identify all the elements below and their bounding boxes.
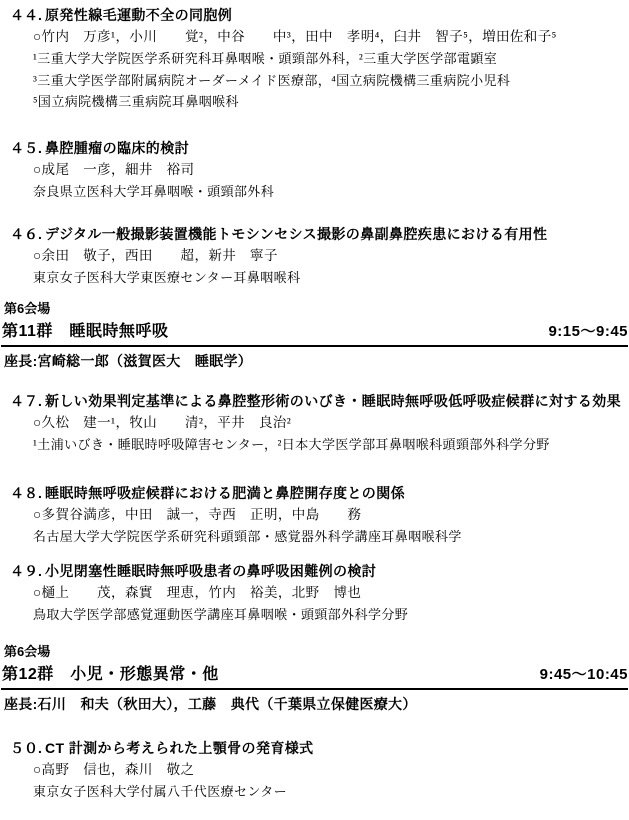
program-entry-47: ４７. 新しい効果判定基準による鼻腔整形術のいびき・睡眠時無呼吸低呼吸症候群に対… [0,390,629,456]
entry-title: 新しい効果判定基準による鼻腔整形術のいびき・睡眠時無呼吸低呼吸症候群に対する効果 [45,390,629,412]
entry-number: ４６. [10,223,45,245]
entry-authors: ○余田 敬子，西田 超，新井 寧子 [33,245,629,267]
program-entry-49: ４９. 小児閉塞性睡眠時無呼吸患者の鼻呼吸困難例の検討 ○樋上 茂，森實 理恵，… [0,560,629,626]
entry-number: ４５. [10,137,45,159]
entry-head: ４９. 小児閉塞性睡眠時無呼吸患者の鼻呼吸困難例の検討 [0,560,629,582]
session-header-11: 第6会場 第11群 睡眠時無呼吸 9:15〜9:45 座長:宮崎総一郎（滋賀医大… [0,300,629,371]
entry-affiliation: ⁵国立病院機構三重病院耳鼻咽喉科 [33,91,629,113]
entry-title: 鼻腔腫瘤の臨床的検討 [45,137,629,159]
entry-head: ４８. 睡眠時無呼吸症候群における肥満と鼻腔開存度との関係 [0,482,629,504]
entry-number: ５０. [10,737,45,759]
entry-title: CT 計測から考えられた上顎骨の発育様式 [45,737,629,759]
session-venue: 第6会場 [4,643,629,661]
session-group-row: 第11群 睡眠時無呼吸 9:15〜9:45 [1,321,628,347]
entry-title: 睡眠時無呼吸症候群における肥満と鼻腔開存度との関係 [45,482,629,504]
entry-title: デジタル一般撮影装置機能トモシンセシス撮影の鼻副鼻腔疾患における有用性 [45,223,629,245]
entry-number: ４４. [10,4,45,26]
program-entry-48: ４８. 睡眠時無呼吸症候群における肥満と鼻腔開存度との関係 ○多賀谷満彦，中田 … [0,482,629,548]
entry-authors: ○竹内 万彦¹，小川 覚²，中谷 中³，田中 孝明⁴，臼井 智子⁵，増田佐和子⁵ [33,26,629,48]
session-group-title: 第11群 睡眠時無呼吸 [2,321,168,343]
program-page: ４４. 原発性線毛運動不全の同胞例 ○竹内 万彦¹，小川 覚²，中谷 中³，田中… [0,0,629,820]
entry-affiliation: ¹土浦いびき・睡眠時呼吸障害センター，²日本大学医学部耳鼻咽喉科頭頸部外科学分野 [33,434,629,456]
entry-authors: ○成尾 一彦，細井 裕司 [33,159,629,181]
entry-number: ４９. [10,560,45,582]
session-chair: 座長:宮崎総一郎（滋賀医大 睡眠学） [4,352,629,371]
entry-head: ４５. 鼻腔腫瘤の臨床的検討 [0,137,629,159]
entry-affiliation: ¹三重大学大学院医学系研究科耳鼻咽喉・頭頸部外科，²三重大学医学部電顕室 [33,48,629,70]
entry-authors: ○高野 信也，森川 敬之 [33,759,629,781]
entry-affiliation: ³三重大学医学部附属病院オーダーメイド医療部，⁴国立病院機構三重病院小児科 [33,70,629,92]
entry-title: 小児閉塞性睡眠時無呼吸患者の鼻呼吸困難例の検討 [45,560,629,582]
program-entry-44: ４４. 原発性線毛運動不全の同胞例 ○竹内 万彦¹，小川 覚²，中谷 中³，田中… [0,4,629,113]
entry-head: ４７. 新しい効果判定基準による鼻腔整形術のいびき・睡眠時無呼吸低呼吸症候群に対… [0,390,629,412]
session-header-12: 第6会場 第12群 小児・形態異常・他 9:45〜10:45 座長:石川 和夫（… [0,643,629,714]
entry-affiliation: 奈良県立医科大学耳鼻咽喉・頭頸部外科 [33,181,629,203]
program-entry-46: ４６. デジタル一般撮影装置機能トモシンセシス撮影の鼻副鼻腔疾患における有用性 … [0,223,629,289]
entry-affiliation: 鳥取大学医学部感覚運動医学講座耳鼻咽喉・頭頸部外科学分野 [33,604,629,626]
entry-affiliation: 東京女子医科大学付属八千代医療センター [33,781,629,803]
entry-affiliation: 名古屋大学大学院医学系研究科頭頸部・感覚器外科学講座耳鼻咽喉科学 [33,526,629,548]
entry-head: ５０. CT 計測から考えられた上顎骨の発育様式 [0,737,629,759]
session-venue: 第6会場 [4,300,629,318]
session-time: 9:45〜10:45 [540,664,628,686]
entry-authors: ○多賀谷満彦，中田 誠一，寺西 正明，中島 務 [33,504,629,526]
session-group-title: 第12群 小児・形態異常・他 [2,664,219,686]
program-entry-45: ４５. 鼻腔腫瘤の臨床的検討 ○成尾 一彦，細井 裕司 奈良県立医科大学耳鼻咽喉… [0,137,629,203]
entry-head: ４６. デジタル一般撮影装置機能トモシンセシス撮影の鼻副鼻腔疾患における有用性 [0,223,629,245]
session-group-row: 第12群 小児・形態異常・他 9:45〜10:45 [1,664,628,690]
entry-title: 原発性線毛運動不全の同胞例 [45,4,629,26]
entry-authors: ○樋上 茂，森實 理恵，竹内 裕美，北野 博也 [33,582,629,604]
entry-authors: ○久松 建一¹，牧山 清²，平井 良治² [33,412,629,434]
entry-number: ４７. [10,390,45,412]
entry-affiliation: 東京女子医科大学東医療センター耳鼻咽喉科 [33,267,629,289]
session-time: 9:15〜9:45 [548,321,628,343]
program-entry-50: ５０. CT 計測から考えられた上顎骨の発育様式 ○高野 信也，森川 敬之 東京… [0,737,629,803]
entry-head: ４４. 原発性線毛運動不全の同胞例 [0,4,629,26]
entry-number: ４８. [10,482,45,504]
session-chair: 座長:石川 和夫（秋田大），工藤 典代（千葉県立保健医療大） [4,695,629,714]
